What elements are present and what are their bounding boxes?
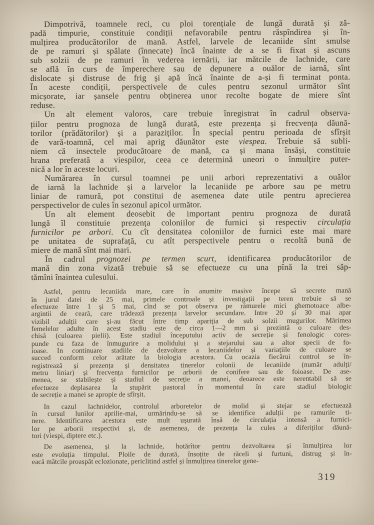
fine-paragraph: Astfel, pentru lecaniida mare, care în a… xyxy=(31,288,351,400)
paragraph: Un alt element valoros, care trebuie înr… xyxy=(30,109,350,174)
text-line: lor pe arborii respectivi și, de asemene… xyxy=(32,424,352,433)
page-number: 319 xyxy=(318,473,336,483)
body-text: Dimpotrivă, toamnele reci, cu ploi toren… xyxy=(30,19,351,283)
paragraph: Numărarea în cursul toamnei pe unii arbo… xyxy=(31,172,351,210)
paragraph: Un alt element deosebit de important pen… xyxy=(31,209,351,256)
text-line: hrana preferată a viespilor, ceea ce det… xyxy=(31,154,351,164)
text-line: mană din zona vizată trebuie să se efect… xyxy=(31,263,351,273)
text-line: tori (viespi, diptere etc.). xyxy=(32,431,352,440)
text-line: tămîni înaintea culesului. xyxy=(31,272,351,282)
text-line: eacă mătcile proaspăt eclozionate, peric… xyxy=(32,458,352,467)
text-block: Dimpotrivă, toamnele reci, cu ploi toren… xyxy=(30,19,352,467)
text-line: micșorate, iar șansele pentru obținerea … xyxy=(30,91,350,101)
text-line: pe unitatea de suprafață, cu atît perspe… xyxy=(31,236,351,246)
fine-paragraph: În cazul lachnidelor, controlul arborete… xyxy=(32,402,352,440)
fine-print-text: Astfel, pentru lecaniida mare, care în a… xyxy=(31,288,352,466)
text-line: de secreție a manei se apropie de sfîrși… xyxy=(32,391,352,400)
fine-paragraph: De asemenea, și la lachnide, hotărîtor p… xyxy=(32,443,352,466)
book-page: Dimpotrivă, toamnele reci, cu ploi toren… xyxy=(0,0,374,525)
paragraph: În cadrul prognozei pe termen scurt, ide… xyxy=(31,254,351,283)
paragraph: Dimpotrivă, toamnele reci, cu ploi toren… xyxy=(30,19,350,111)
